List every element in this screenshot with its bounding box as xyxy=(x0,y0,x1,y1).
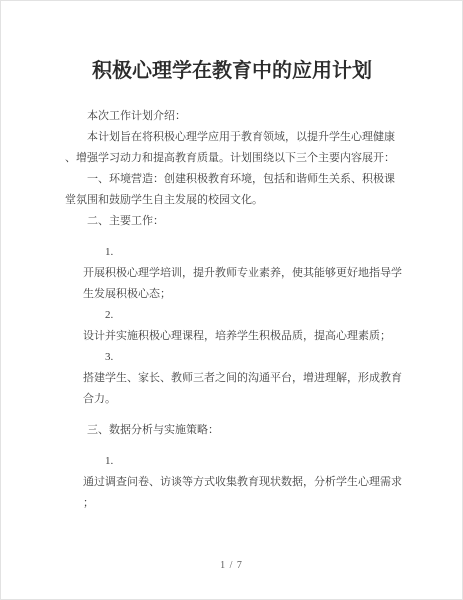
list-item: 1. 通过调查问卷、访谈等方式收集教育现状数据，分析学生心理需求 ； xyxy=(83,451,399,514)
document-page: 积极心理学在教育中的应用计划 本次工作计划介绍： 本计划旨在将积极心理学应用于教… xyxy=(0,0,463,600)
list-item-number: 1. xyxy=(83,451,399,472)
list-item-text: 通过调查问卷、访谈等方式收集教育现状数据，分析学生心理需求 ； xyxy=(83,472,399,514)
list-item: 2. 设计并实施积极心理课程，培养学生积极品质，提高心理素质； xyxy=(83,305,399,347)
list-item-text: 搭建学生、家长、教师三者之间的沟通平台，增进理解，形成教育 合力。 xyxy=(83,368,399,410)
paragraph-section-2-heading: 二、主要工作： xyxy=(65,211,399,232)
numbered-list-main-tasks: 1. 开展积极心理学培训，提升教师专业素养，使其能够更好地指导学 生发展积极心态… xyxy=(65,242,399,410)
list-item-text: 开展积极心理学培训，提升教师专业素养，使其能够更好地指导学 生发展积极心态； xyxy=(83,263,399,305)
paragraph-section-3-heading: 三、数据分析与实施策略： xyxy=(65,420,399,441)
list-item: 3. 搭建学生、家长、教师三者之间的沟通平台，增进理解，形成教育 合力。 xyxy=(83,347,399,410)
document-content: 积极心理学在教育中的应用计划 本次工作计划介绍： 本计划旨在将积极心理学应用于教… xyxy=(1,1,462,514)
page-number: 1 / 7 xyxy=(1,559,462,573)
list-item: 1. 开展积极心理学培训，提升教师专业素养，使其能够更好地指导学 生发展积极心态… xyxy=(83,242,399,305)
list-item-number: 2. xyxy=(83,305,399,326)
list-item-number: 3. xyxy=(83,347,399,368)
paragraph-plan-overview: 本计划旨在将积极心理学应用于教育领域，以提升学生心理健康 、增强学习动力和提高教… xyxy=(65,127,399,169)
paragraph-section-1-environment: 一、环境营造：创建积极教育环境，包括和谐师生关系、积极课 堂氛围和鼓励学生自主发… xyxy=(65,169,399,211)
paragraph-intro-label: 本次工作计划介绍： xyxy=(65,106,399,127)
numbered-list-data-strategy: 1. 通过调查问卷、访谈等方式收集教育现状数据，分析学生心理需求 ； xyxy=(65,451,399,514)
list-item-number: 1. xyxy=(83,242,399,263)
document-title: 积极心理学在教育中的应用计划 xyxy=(65,57,399,85)
list-item-text: 设计并实施积极心理课程，培养学生积极品质，提高心理素质； xyxy=(83,326,399,347)
